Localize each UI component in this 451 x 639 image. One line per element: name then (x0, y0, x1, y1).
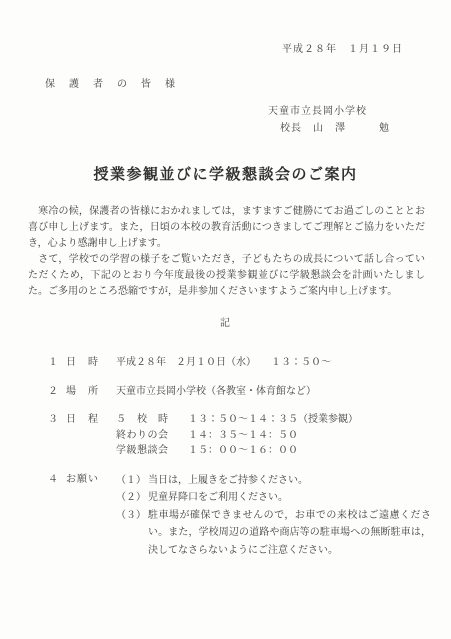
schedule-table: ５ 校 時 １３：５０～１４：３５（授業参観） 終わりの会 １４：３５～１４：５… (116, 412, 431, 459)
request-text: 当日は，上履きをご持参ください。 (148, 472, 431, 490)
item-number: ３ (48, 412, 66, 428)
greeting-paragraph: 寒冷の候，保護者の皆様におかれましては，ますますご健勝にてお過ごしのこととお喜び… (28, 204, 425, 252)
recipient-line: 保 護 者 の 皆 様 (45, 75, 451, 90)
invitation-paragraph: さて，学校での学習の様子をご覧いただき，子どもたちの成長について話し合っていただ… (28, 252, 425, 300)
document-date: 平成２８年 １月１９日 (0, 40, 451, 55)
schedule-name: 終わりの会 (116, 428, 188, 444)
schedule-time: １４：３５～１４：５０ (188, 428, 431, 444)
request-row-slippers: （１） 当日は，上履きをご持参ください。 (116, 472, 431, 490)
request-list: （１） 当日は，上履きをご持参ください。 （２） 児童昇降口をご利用ください。 … (116, 472, 431, 560)
request-row-parking: （３） 駐車場が確保できませんので，お車での来校はご遠慮ください。また，学校周辺… (116, 507, 431, 560)
item-requests: ４ お願い （１） 当日は，上履きをご持参ください。 （２） 児童昇降口をご利用… (48, 472, 431, 560)
detail-list: １ 日 時 平成２８年 ２月１０日（水） １３：５０～ ２ 場 所 天童市立長岡… (48, 355, 431, 559)
schedule-time: １５：００～１６：００ (188, 443, 431, 459)
item-place: ２ 場 所 天童市立長岡小学校（各教室・体育館など） (48, 384, 431, 400)
request-text: 児童昇降口をご利用ください。 (148, 489, 431, 507)
sender-principal-name: 校長 山 澤 勉 (268, 120, 451, 137)
item-number: １ (48, 355, 66, 371)
item-value-datetime: 平成２８年 ２月１０日（水） １３：５０～ (116, 355, 431, 371)
item-number: ２ (48, 384, 66, 400)
sender-block: 天童市立長岡小学校 校長 山 澤 勉 (268, 103, 451, 137)
item-number: ４ (48, 472, 66, 488)
schedule-row-class-period: ５ 校 時 １３：５０～１４：３５（授業参観） (116, 412, 431, 428)
document-title: 授業参観並びに学級懇談会のご案内 (0, 163, 451, 184)
schedule-row-class-discussion: 学級懇談会 １５：００～１６：００ (116, 443, 431, 459)
sender-school-name: 天童市立長岡小学校 (268, 103, 451, 120)
item-datetime: １ 日 時 平成２８年 ２月１０日（水） １３：５０～ (48, 355, 431, 371)
schedule-name: ５ 校 時 (116, 412, 188, 428)
item-schedule: ３ 日 程 ５ 校 時 １３：５０～１４：３５（授業参観） 終わりの会 １４：３… (48, 412, 431, 459)
schedule-name: 学級懇談会 (116, 443, 188, 459)
schedule-row-closing-meeting: 終わりの会 １４：３５～１４：５０ (116, 428, 431, 444)
record-marker: 記 (0, 314, 451, 329)
document-page: 平成２８年 １月１９日 保 護 者 の 皆 様 天童市立長岡小学校 校長 山 澤… (0, 0, 451, 639)
request-number: （１） (116, 472, 148, 490)
request-number: （２） (116, 489, 148, 507)
schedule-time: １３：５０～１４：３５（授業参観） (188, 412, 431, 428)
request-row-entrance: （２） 児童昇降口をご利用ください。 (116, 489, 431, 507)
item-value-place: 天童市立長岡小学校（各教室・体育館など） (116, 384, 431, 400)
item-label-place: 場 所 (66, 384, 116, 400)
item-label-datetime: 日 時 (66, 355, 116, 371)
request-number: （３） (116, 507, 148, 560)
body-text: 寒冷の候，保護者の皆様におかれましては，ますますご健勝にてお過ごしのこととお喜び… (28, 204, 425, 300)
item-label-requests: お願い (66, 472, 116, 488)
item-label-schedule: 日 程 (66, 412, 116, 428)
request-text: 駐車場が確保できませんので，お車での来校はご遠慮ください。また，学校周辺の道路や… (148, 507, 431, 560)
